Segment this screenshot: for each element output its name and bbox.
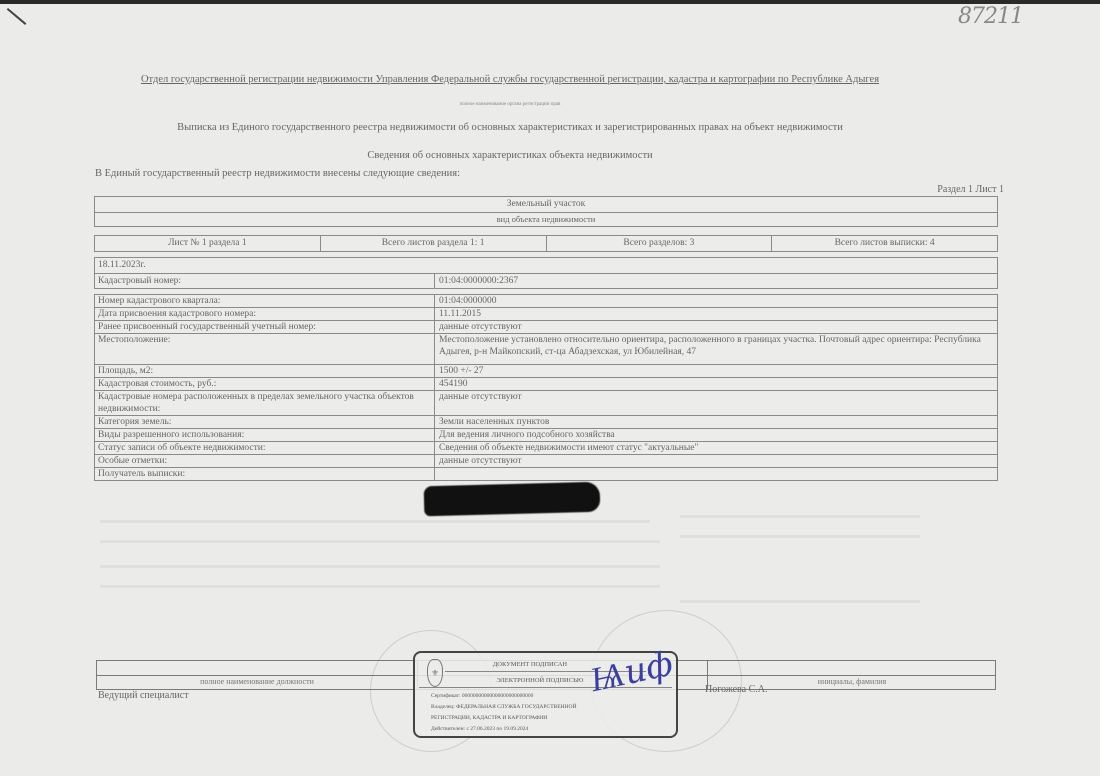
fields-table: Номер кадастрового квартала:01:04:000000… [94,294,998,481]
esig-owner-2: РЕГИСТРАЦИИ, КАДАСТРА И КАРТОГРАФИИ [431,715,547,721]
field-value: Сведения об объекте недвижимости имеют с… [435,442,997,454]
esig-validity: Действителен: с 27.06.2023 по 19.09.2024 [431,726,528,732]
object-type-caption: вид объекта недвижимости [95,213,997,226]
redaction-mark [424,482,601,517]
sections-total: Всего разделов: 3 [547,236,773,251]
field-value: 454190 [435,378,997,390]
field-value: 1500 +/- 27 [435,365,997,377]
field-label: Ранее присвоенный государственный учетны… [95,321,435,333]
field-value [435,468,997,480]
esig-certificate: Сертификат: 00000000000000000000000000 [431,693,533,699]
field-label: Местоположение: [95,334,435,364]
bleed-through-line [680,535,920,538]
cadastral-number-value: 01:04:0000000:2367 [435,274,997,288]
field-value: данные отсутствуют [435,321,997,333]
field-label: Получатель выписки: [95,468,435,480]
field-label: Категория земель: [95,416,435,428]
field-value: 11.11.2015 [435,308,997,320]
bleed-through-line [100,585,660,588]
table-row: Номер кадастрового квартала:01:04:000000… [95,295,997,308]
emblem-icon: ⚜ [427,659,443,687]
subtitle: Сведения об основных характеристиках объ… [95,150,925,161]
esig-owner: Владелец: ФЕДЕРАЛЬНАЯ СЛУЖБА ГОСУДАРСТВЕ… [431,704,576,710]
table-row: Местоположение:Местоположение установлен… [95,334,997,365]
bleed-through-line [100,520,650,523]
table-row: Виды разрешенного использования:Для веде… [95,429,997,442]
field-value: Для ведения личного подсобного хозяйства [435,429,997,441]
section-sheets-total: Всего листов раздела 1: 1 [321,236,547,251]
table-row: Площадь, м2:1500 +/- 27 [95,365,997,378]
handwritten-number: 87211 [958,4,1023,29]
field-value: данные отсутствуют [435,455,997,467]
field-label: Статус записи об объекте недвижимости: [95,442,435,454]
field-value: данные отсутствуют [435,391,997,415]
extract-sheets-total: Всего листов выписки: 4 [772,236,997,251]
organization-caption: полное наименование органа регистрации п… [95,102,925,107]
signer-name: Погожева С.А. [705,684,767,695]
table-row: Ранее присвоенный государственный учетны… [95,321,997,334]
field-value: Земли населенных пунктов [435,416,997,428]
field-label: Кадастровая стоимость, руб.: [95,378,435,390]
table-row: Получатель выписки: [95,468,997,480]
field-label: Особые отметки: [95,455,435,467]
extract-date: 18.11.2023г. [95,258,997,273]
object-type: Земельный участок [95,197,997,213]
field-value: Местоположение установлено относительно … [435,334,997,364]
table-row: Категория земель:Земли населенных пункто… [95,416,997,429]
field-value: 01:04:0000000 [435,295,997,307]
table-row: Кадастровые номера расположенных в преде… [95,391,997,416]
bleed-through-line [100,565,660,568]
field-label: Виды разрешенного использования: [95,429,435,441]
date-cadastral-box: 18.11.2023г. Кадастровый номер: 01:04:00… [94,257,998,289]
field-label: Номер кадастрового квартала: [95,295,435,307]
sheets-box: Лист № 1 раздела 1 Всего листов раздела … [94,235,998,252]
table-row: Кадастровая стоимость, руб.:454190 [95,378,997,391]
field-label: Кадастровые номера расположенных в преде… [95,391,435,415]
bleed-through-line [680,515,920,518]
field-label: Площадь, м2: [95,365,435,377]
bleed-through-line [680,600,920,603]
section-sheet-label: Раздел 1 Лист 1 [937,184,1004,195]
extract-title: Выписка из Единого государственного реес… [95,122,925,133]
field-label: Дата присвоения кадастрового номера: [95,308,435,320]
table-row: Особые отметки:данные отсутствуют [95,455,997,468]
intro-text: В Единый государственный реестр недвижим… [95,168,460,179]
organization-title: Отдел государственной регистрации недвиж… [95,74,925,86]
bleed-through-line [100,540,660,543]
object-type-box: Земельный участок вид объекта недвижимос… [94,196,998,227]
scan-edge [0,0,1100,4]
table-row: Статус записи об объекте недвижимости:Св… [95,442,997,455]
table-row: Дата присвоения кадастрового номера:11.1… [95,308,997,321]
sheet-number: Лист № 1 раздела 1 [95,236,321,251]
esig-line1: ДОКУМЕНТ ПОДПИСАН [455,661,605,668]
signer-position: Ведущий специалист [98,690,189,701]
cadastral-number-label: Кадастровый номер: [95,274,435,288]
position-caption: полное наименование должности [97,677,417,686]
